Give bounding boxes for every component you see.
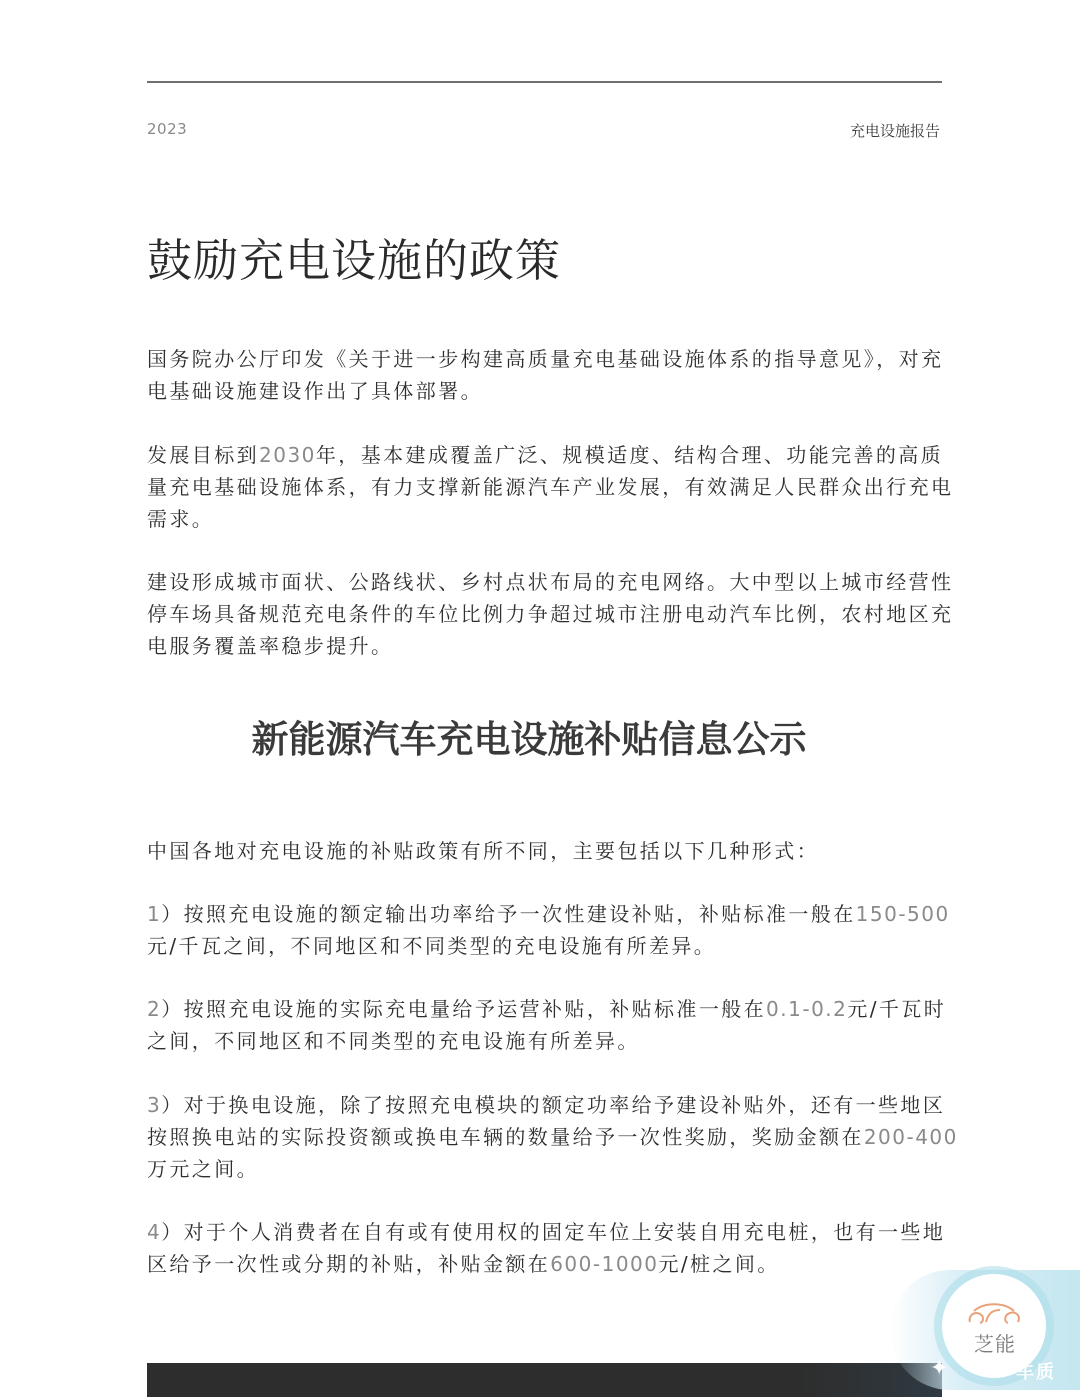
watermark-subtext: 车质 — [1016, 1358, 1056, 1384]
item-text: ）按照充电设施的实际充电量给予运营补贴，补贴标准一般在 — [161, 997, 766, 1021]
paragraph-text: 建设形成城市面状、公路线状、乡村点状布局的充电网络。大中型以上城市经营性停车场具… — [147, 570, 953, 658]
watermark-brand: 芝能 — [960, 1328, 1030, 1357]
intro-paragraph-1: 国务院办公厅印发《关于进一步构建高质量充电基础设施体系的指导意见》，对充电基础设… — [147, 343, 959, 407]
item-text: 万元之间。 — [147, 1157, 259, 1181]
item-range: 150-500 — [856, 902, 950, 926]
footer-dark-bar — [147, 1363, 942, 1397]
subsidy-item-3: 3）对于换电设施，除了按照充电模块的额定功率给予建设补贴外，还有一些地区按照换电… — [147, 1089, 959, 1185]
intro-paragraph-3: 建设形成城市面状、公路线状、乡村点状布局的充电网络。大中型以上城市经营性停车场具… — [147, 566, 959, 662]
subsidy-banner-title: 新能源汽车充电设施补贴信息公示 — [0, 712, 1058, 768]
header-year: 2023 — [147, 120, 187, 138]
car-outline-icon — [966, 1302, 1022, 1326]
header-rule — [147, 81, 942, 83]
page-title: 鼓励充电设施的政策 — [147, 231, 561, 291]
subsidy-item-2: 2）按照充电设施的实际充电量给予运营补贴，补贴标准一般在0.1-0.2元/千瓦时… — [147, 993, 959, 1057]
item-index: 3 — [147, 1093, 161, 1117]
item-text: ）对于个人消费者在自有或有使用权的固定车位上安装自用充电桩，也有一些地区给予一次… — [147, 1220, 945, 1276]
intro-paragraph-2: 发展目标到2030年，基本建成覆盖广泛、规模适度、结构合理、功能完善的高质量充电… — [147, 439, 959, 535]
item-range: 0.1-0.2 — [766, 997, 847, 1021]
document-page: 2023 充电设施报告 鼓励充电设施的政策 国务院办公厅印发《关于进一步构建高质… — [0, 0, 1080, 1397]
item-text: 元/桩之间。 — [659, 1252, 780, 1276]
target-year: 2030 — [259, 443, 316, 467]
item-range: 200-400 — [864, 1125, 958, 1149]
subsidy-item-4: 4）对于个人消费者在自有或有使用权的固定车位上安装自用充电桩，也有一些地区给予一… — [147, 1216, 959, 1280]
watermark-circle — [942, 1274, 1046, 1378]
item-text: ）对于换电设施，除了按照充电模块的额定功率给予建设补贴外，还有一些地区按照换电站… — [147, 1093, 945, 1149]
paragraph-text: 中国各地对充电设施的补贴政策有所不同，主要包括以下几种形式： — [147, 839, 819, 863]
item-text: 元/千瓦之间，不同地区和不同类型的充电设施有所差异。 — [147, 934, 716, 958]
subsidy-item-1: 1）按照充电设施的额定输出功率给予一次性建设补贴，补贴标准一般在150-500元… — [147, 898, 959, 962]
item-text: ）按照充电设施的额定输出功率给予一次性建设补贴，补贴标准一般在 — [161, 902, 855, 926]
item-index: 2 — [147, 997, 161, 1021]
item-index: 1 — [147, 902, 161, 926]
item-range: 600-1000 — [550, 1252, 658, 1276]
paragraph-text: 国务院办公厅印发《关于进一步构建高质量充电基础设施体系的指导意见》，对充电基础设… — [147, 347, 943, 403]
subsidy-intro: 中国各地对充电设施的补贴政策有所不同，主要包括以下几种形式： — [147, 835, 959, 867]
header-report-name: 充电设施报告 — [850, 120, 940, 141]
paragraph-text: 发展目标到 — [147, 443, 259, 467]
item-index: 4 — [147, 1220, 161, 1244]
